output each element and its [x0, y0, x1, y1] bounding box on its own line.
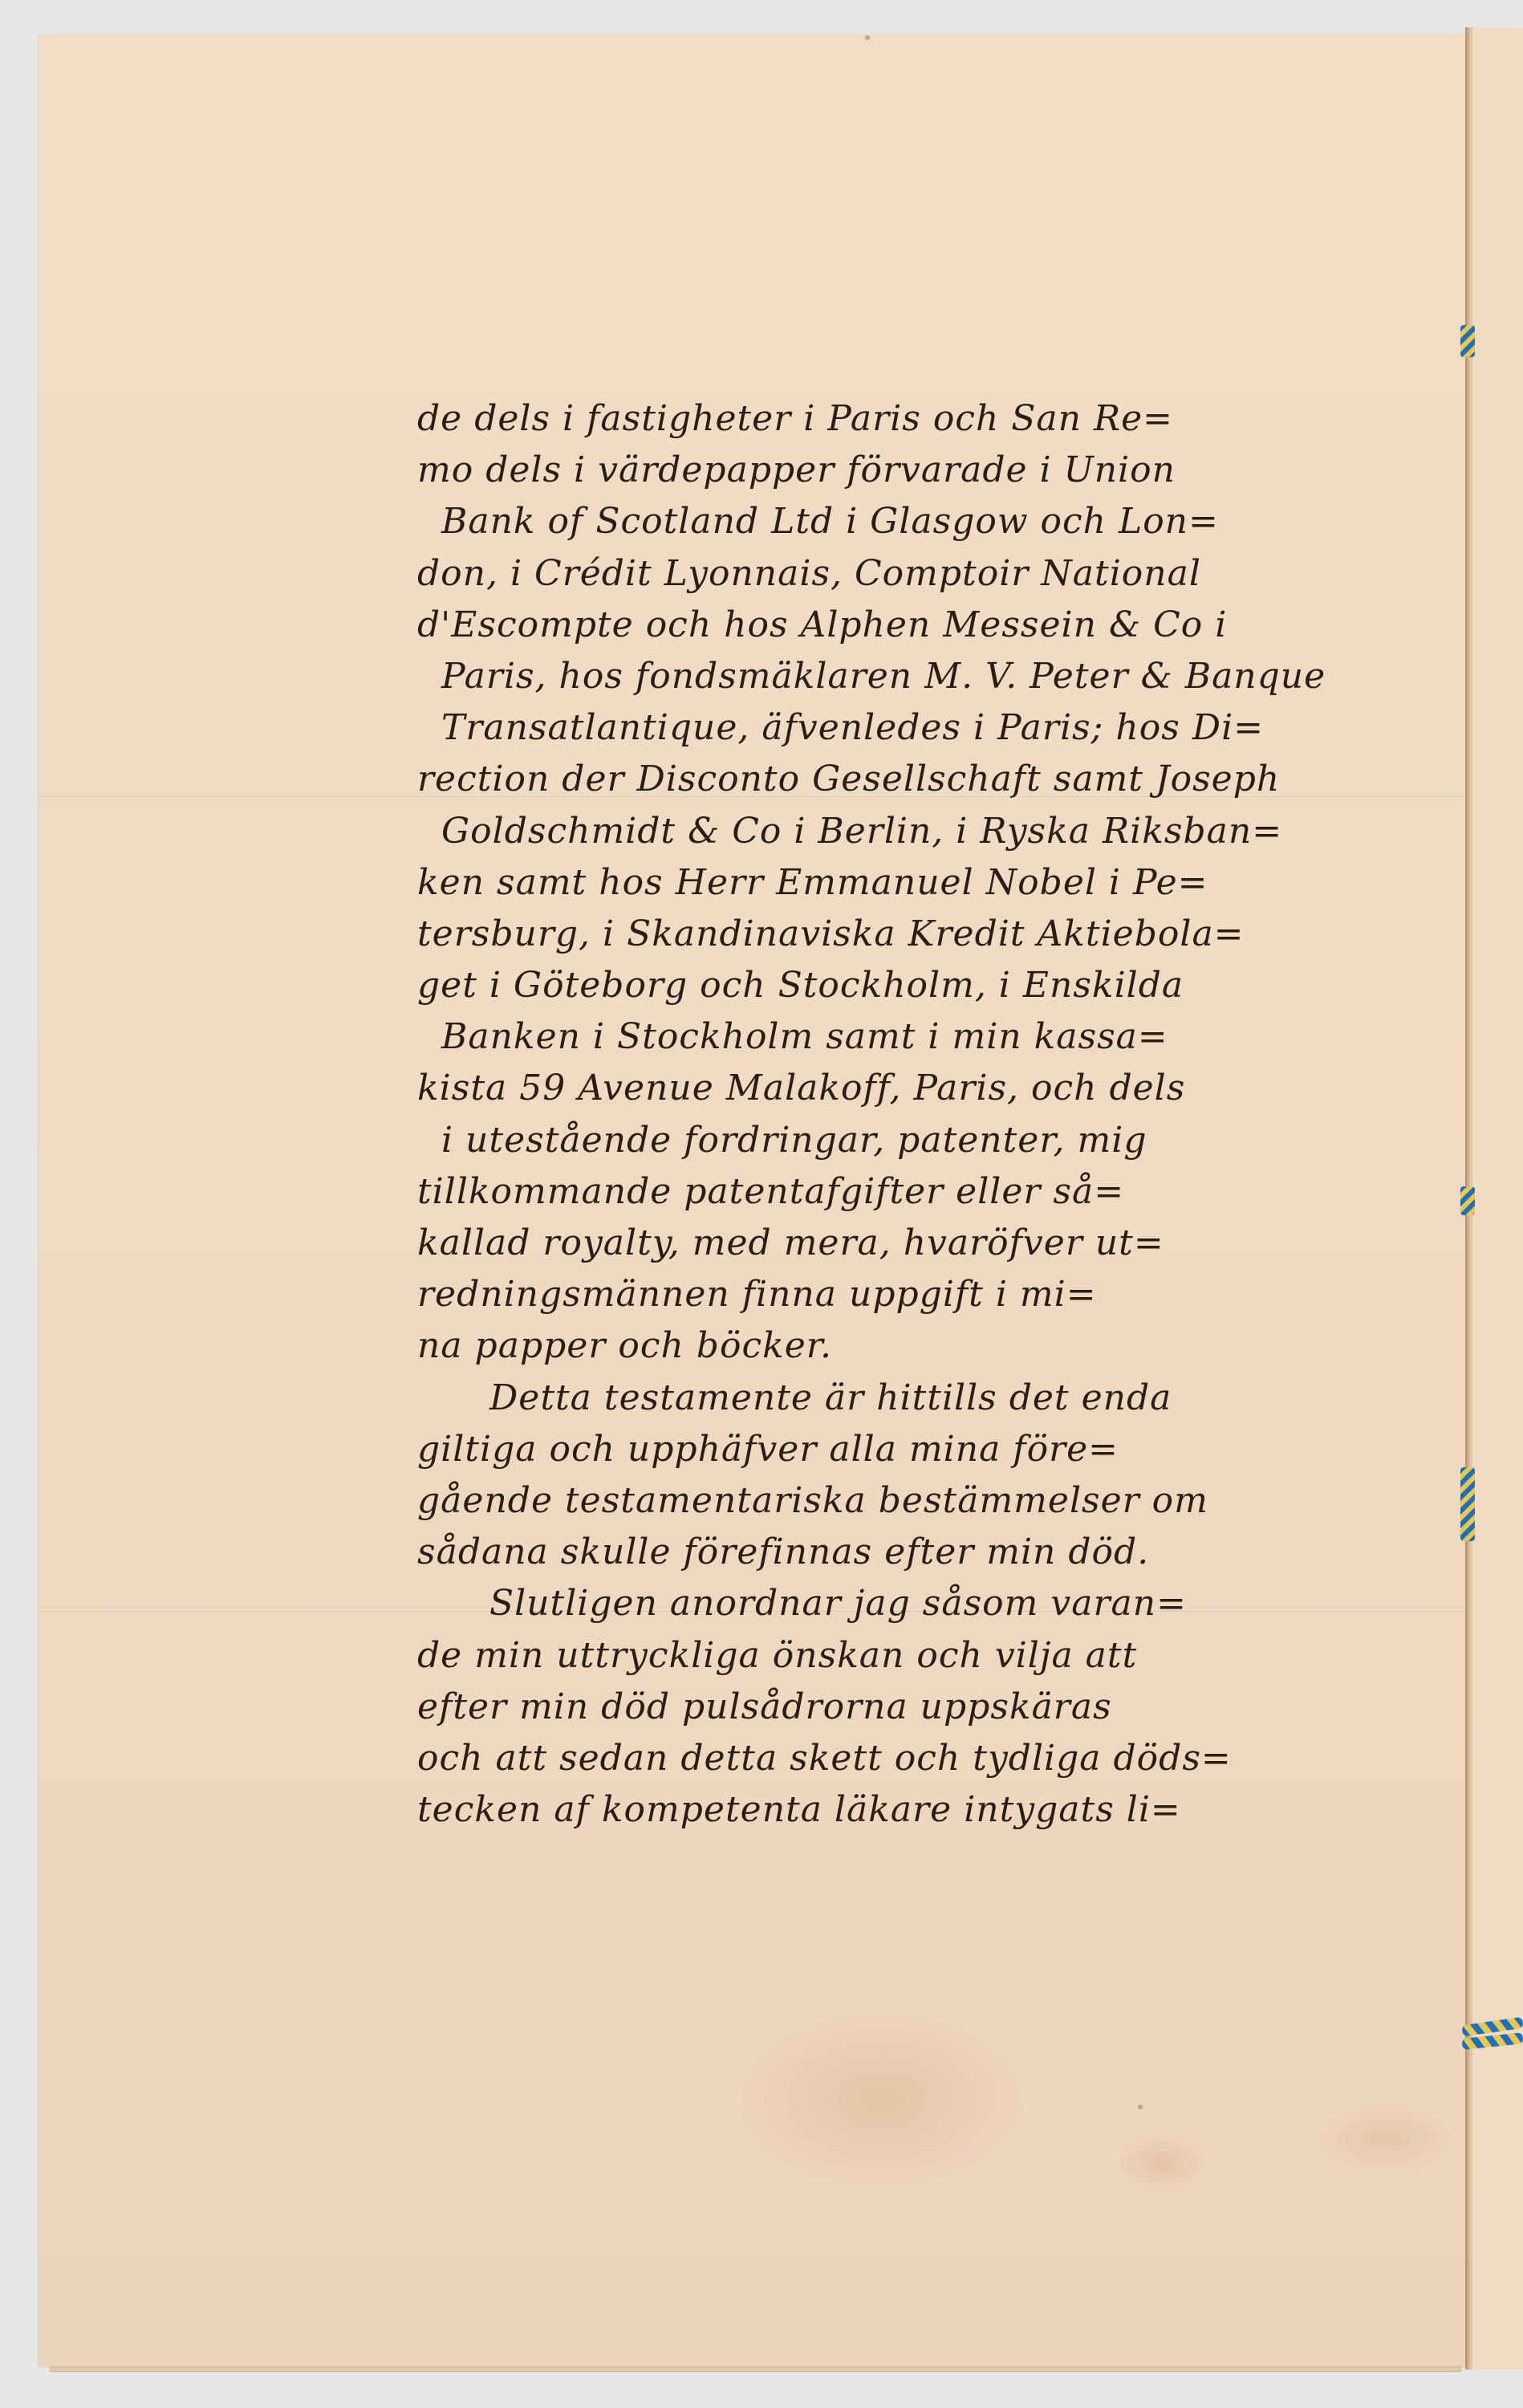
- binding-thread-3: [1460, 1467, 1475, 1541]
- text-line: kallad royalty, med mera, hvaröfver ut=: [417, 1218, 1460, 1269]
- text-line: Banken i Stockholm samt i min kassa=: [417, 1011, 1460, 1063]
- text-line: tersburg, i Skandinaviska Kredit Aktiebo…: [417, 909, 1460, 960]
- text-line: i utestående fordringar, patenter, mig: [417, 1115, 1460, 1166]
- text-line: tillkommande patentafgifter eller så=: [417, 1166, 1460, 1218]
- text-line: de dels i fastigheter i Paris och San Re…: [417, 393, 1460, 445]
- text-line: och att sedan detta skett och tydliga dö…: [417, 1733, 1460, 1784]
- text-line: tecken af kompetenta läkare intygats li=: [417, 1784, 1460, 1836]
- paragraph-start-line: Detta testamente är hittills det enda: [417, 1373, 1460, 1424]
- paragraph-start-line: Slutligen anordnar jag såsom varan=: [417, 1578, 1460, 1629]
- paper-speck: [1138, 2105, 1143, 2109]
- handwritten-text-block: de dels i fastigheter i Paris och San Re…: [417, 393, 1460, 1836]
- binding-thread-2: [1460, 1186, 1475, 1215]
- text-line: gående testamentariska bestämmelser om: [417, 1475, 1460, 1527]
- text-line: d'Escompte och hos Alphen Messein & Co i: [417, 600, 1460, 651]
- text-line: efter min död pulsådrorna uppskäras: [417, 1682, 1460, 1733]
- text-line: rection der Disconto Gesellschaft samt J…: [417, 754, 1460, 805]
- text-line: na papper och böcker.: [417, 1320, 1460, 1372]
- binding-thread-1: [1460, 325, 1475, 357]
- text-line: giltiga och upphäfver alla mina före=: [417, 1424, 1460, 1475]
- text-line: mo dels i värdepapper förvarade i Union: [417, 445, 1460, 496]
- text-line: redningsmännen finna uppgift i mi=: [417, 1269, 1460, 1320]
- text-line: Paris, hos fondsmäklaren M. V. Peter & B…: [417, 651, 1460, 702]
- text-line: Transatlantique, äfvenledes i Paris; hos…: [417, 702, 1460, 754]
- text-line: de min uttryckliga önskan och vilja att: [417, 1630, 1460, 1682]
- text-line: don, i Crédit Lyonnais, Comptoir Nationa…: [417, 548, 1460, 600]
- text-line: sådana skulle förefinnas efter min död.: [417, 1527, 1460, 1578]
- text-line: Goldschmidt & Co i Berlin, i Ryska Riksb…: [417, 806, 1460, 857]
- text-line: get i Göteborg och Stockholm, i Enskilda: [417, 960, 1460, 1011]
- paper-speck: [865, 35, 870, 40]
- text-line: kista 59 Avenue Malakoff, Paris, och del…: [417, 1063, 1460, 1114]
- text-line: Bank of Scotland Ltd i Glasgow och Lon=: [417, 496, 1460, 547]
- text-line: ken samt hos Herr Emmanuel Nobel i Pe=: [417, 857, 1460, 909]
